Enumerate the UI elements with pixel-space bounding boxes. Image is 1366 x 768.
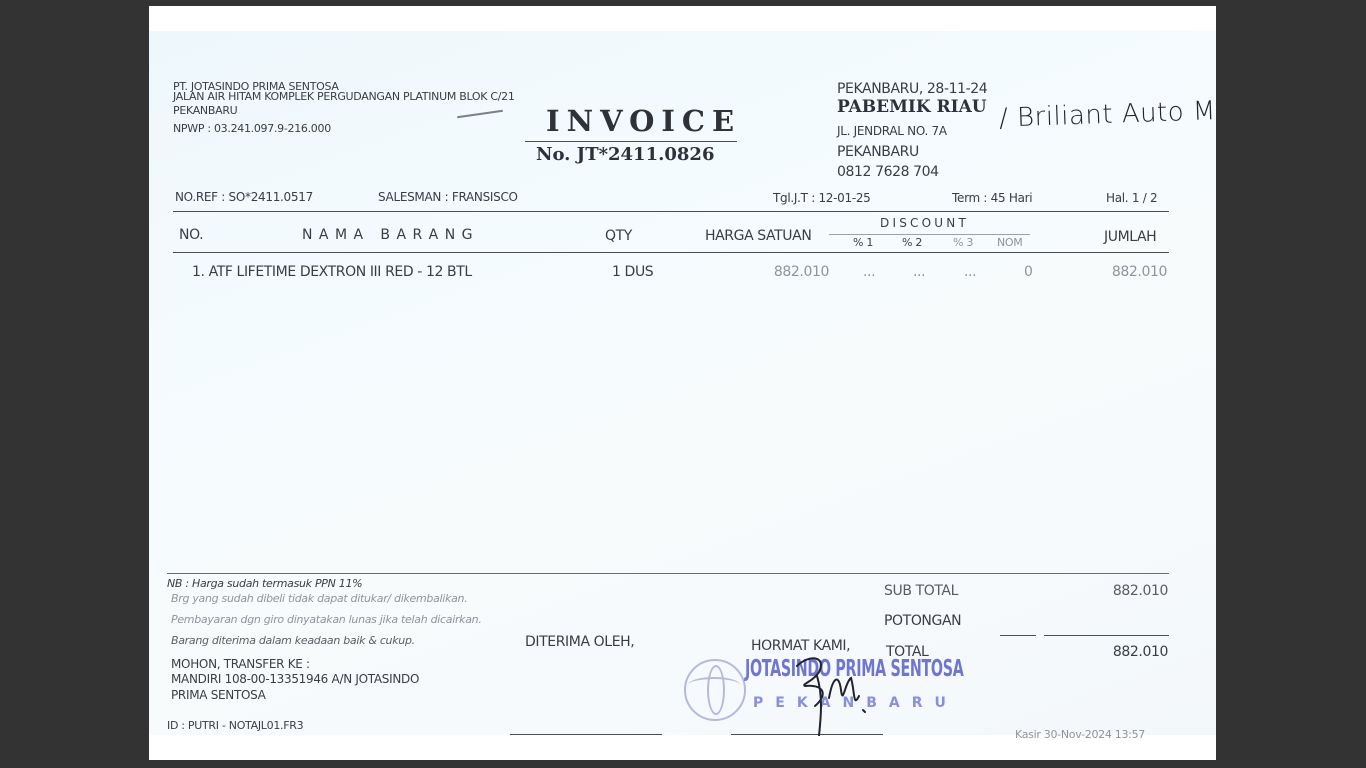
company-npwp: NPWP : 03.241.097.9-216.000 [173,122,331,135]
total-rule-right [1044,635,1169,636]
col-discount: D I S C O U N T [880,216,966,230]
row-disc1: ... [863,264,875,280]
received-by-label: DITERIMA OLEH, [525,634,634,650]
customer-name: PABEMIK RIAU [837,97,987,117]
total-rule-left [1000,635,1036,636]
note-ppn: NB : Harga sudah termasuk PPN 11% [167,577,362,590]
company-address: JALAN AIR HITAM KOMPLEK PERGUDANGAN PLAT… [173,90,515,103]
discount-rule [829,234,1030,235]
ref-number: NO.REF : SO*2411.0517 [175,190,313,204]
note-no-return: Brg yang sudah dibeli tidak dapat dituka… [171,592,467,605]
row-item: 1. ATF LIFETIME DEXTRON III RED - 12 BTL [192,264,472,280]
total-value: 882.010 [1084,644,1168,660]
row-disc3: ... [964,264,976,280]
row-nom: 0 [1024,264,1033,280]
title-underline [525,141,737,142]
invoice-title: INVOICE [546,104,741,138]
page-indicator: Hal. 1 / 2 [1106,191,1157,205]
transfer-title: MOHON, TRANSFER KE : [171,657,310,671]
invoice-paper: PT. JOTASINDO PRIMA SENTOSA JALAN AIR HI… [149,31,1216,735]
col-disc3: % 3 [953,236,973,249]
subtotal-value: 882.010 [1084,583,1168,599]
cashier-timestamp-partial: Kasir 30-Nov-2024 13:57 [1015,728,1145,741]
col-item: N A M A B A R A N G [302,227,473,243]
customer-phone: 0812 7628 704 [837,164,939,180]
due-date: Tgl.J.T : 12-01-25 [773,191,871,205]
pen-mark [457,110,503,118]
header-top-rule [173,211,1169,212]
col-disc1: % 1 [853,236,873,249]
invoice-number: No. JT*2411.0826 [536,144,714,165]
note-received: Barang diterima dalam keadaan baik & cuk… [171,634,415,647]
header-bottom-rule [173,252,1169,253]
place-date: PEKANBARU, 28-11-24 [837,81,987,97]
note-giro: Pembayaran dgn giro dinyatakan lunas jik… [171,613,482,626]
customer-address: JL. JENDRAL NO. 7A [837,124,947,138]
col-qty: QTY [605,228,632,244]
row-amount: 882.010 [1087,264,1167,280]
payment-term: Term : 45 Hari [952,191,1032,205]
transfer-account: MANDIRI 108-00-13351946 A/N JOTASINDO [171,672,419,686]
document-id: ID : PUTRI - NOTAJL01.FR3 [167,719,303,732]
salesman: SALESMAN : FRANSISCO [378,190,518,204]
col-disc2: % 2 [902,236,922,249]
col-nom: NOM [997,236,1022,249]
row-disc2: ... [913,264,925,280]
invoice-photo: PT. JOTASINDO PRIMA SENTOSA JALAN AIR HI… [149,6,1216,760]
total-label: TOTAL [886,644,928,660]
company-city: PEKANBARU [173,104,237,117]
transfer-name: PRIMA SENTOSA [171,688,266,702]
footer-rule [167,573,1169,574]
received-by-line [510,734,662,735]
customer-city: PEKANBARU [837,144,919,160]
subtotal-label: SUB TOTAL [884,583,958,599]
row-qty: 1 DUS [612,264,653,280]
col-no: NO. [179,227,203,243]
stamp-logo-icon [684,659,746,721]
handwritten-note: / Briliant Auto Mobil [999,94,1216,133]
col-amount: JUMLAH [1104,229,1156,245]
col-unit-price: HARGA SATUAN [705,228,811,244]
discount-label: POTONGAN [884,613,961,629]
signature-scribble [789,636,869,736]
row-unit-price: 882.010 [749,264,829,280]
